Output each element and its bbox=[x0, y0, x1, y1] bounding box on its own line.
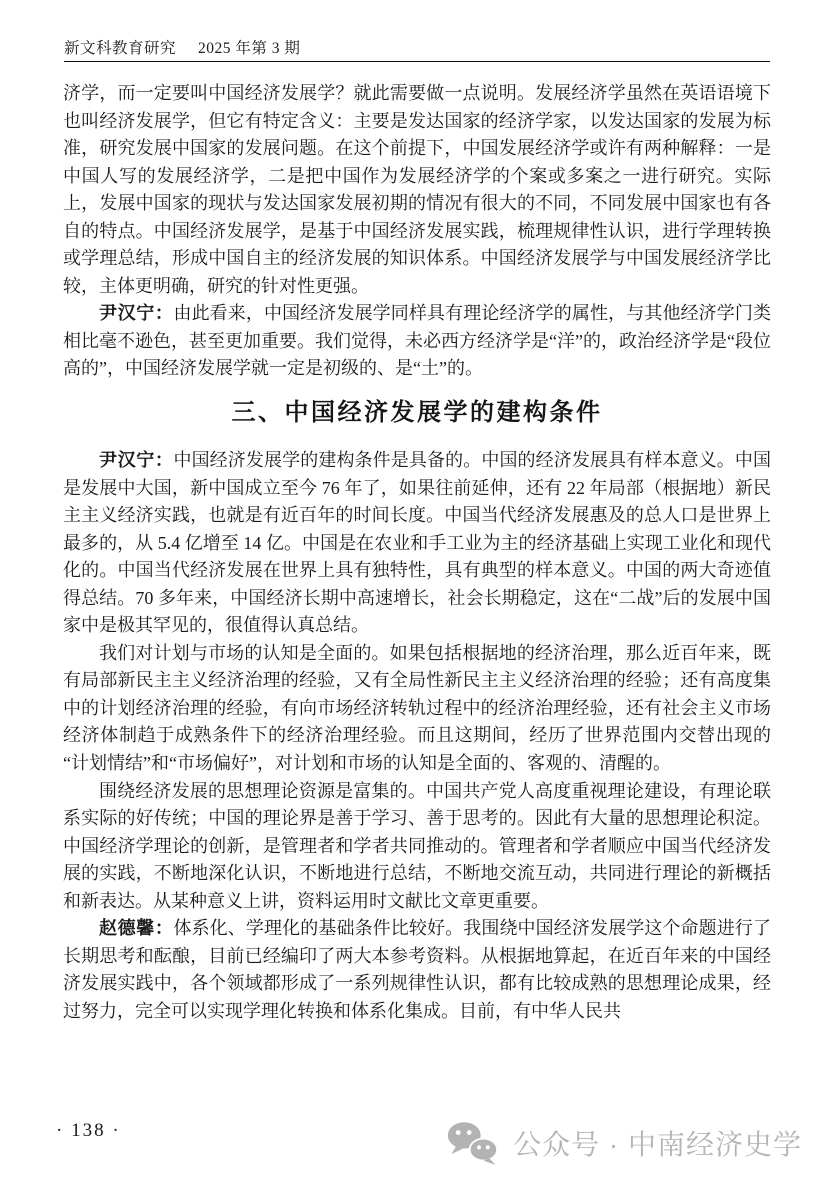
journal-issue: 2025 年第 3 期 bbox=[198, 40, 300, 57]
paragraph: 赵德馨：体系化、学理化的基础条件比较好。我围绕中国经济发展学这个命题进行了长期思… bbox=[63, 915, 771, 1025]
paragraph-text: 济学，而一定要叫中国经济发展学？就此需要做一点说明。发展经济学虽然在英语语境下也… bbox=[63, 83, 771, 296]
paragraph: 尹汉宁：由此看来，中国经济发展学同样具有理论经济学的属性，与其他经济学门类相比毫… bbox=[63, 300, 771, 383]
wechat-icon bbox=[445, 1120, 501, 1166]
document-page: 新文科教育研究2025 年第 3 期 济学，而一定要叫中国经济发展学？就此需要做… bbox=[0, 0, 826, 1185]
header-divider bbox=[64, 61, 770, 62]
section-heading: 三、中国经济发展学的建构条件 bbox=[63, 396, 771, 430]
page-header: 新文科教育研究2025 年第 3 期 bbox=[64, 36, 770, 58]
speaker-name: 赵德馨： bbox=[99, 918, 173, 938]
paragraph: 我们对计划与市场的认知是全面的。如果包括根据地的经济治理，那么近百年来，既有局部… bbox=[63, 640, 771, 778]
paragraph: 围绕经济发展的思想理论资源是富集的。中国共产党人高度重视理论建设，有理论联系实际… bbox=[63, 778, 771, 916]
watermark-text: 公众号 · 中南经济史学 bbox=[513, 1123, 802, 1163]
page-number: · 138 · bbox=[56, 1120, 121, 1142]
watermark: 公众号 · 中南经济史学 bbox=[445, 1120, 802, 1166]
paragraph: 尹汉宁：中国经济发展学的建构条件是具备的。中国的经济发展具有样本意义。中国是发展… bbox=[63, 447, 771, 640]
article-body: 济学，而一定要叫中国经济发展学？就此需要做一点说明。发展经济学虽然在英语语境下也… bbox=[63, 80, 771, 1026]
paragraph: 济学，而一定要叫中国经济发展学？就此需要做一点说明。发展经济学虽然在英语语境下也… bbox=[63, 80, 771, 300]
speaker-name: 尹汉宁： bbox=[99, 450, 173, 470]
paragraph-text: 中国经济发展学的建构条件是具备的。中国的经济发展具有样本意义。中国是发展中大国，… bbox=[63, 450, 771, 635]
journal-title: 新文科教育研究 bbox=[64, 40, 176, 57]
paragraph-text: 我们对计划与市场的认知是全面的。如果包括根据地的经济治理，那么近百年来，既有局部… bbox=[63, 643, 771, 773]
paragraph-text: 围绕经济发展的思想理论资源是富集的。中国共产党人高度重视理论建设，有理论联系实际… bbox=[63, 781, 771, 911]
speaker-name: 尹汉宁： bbox=[99, 303, 173, 323]
